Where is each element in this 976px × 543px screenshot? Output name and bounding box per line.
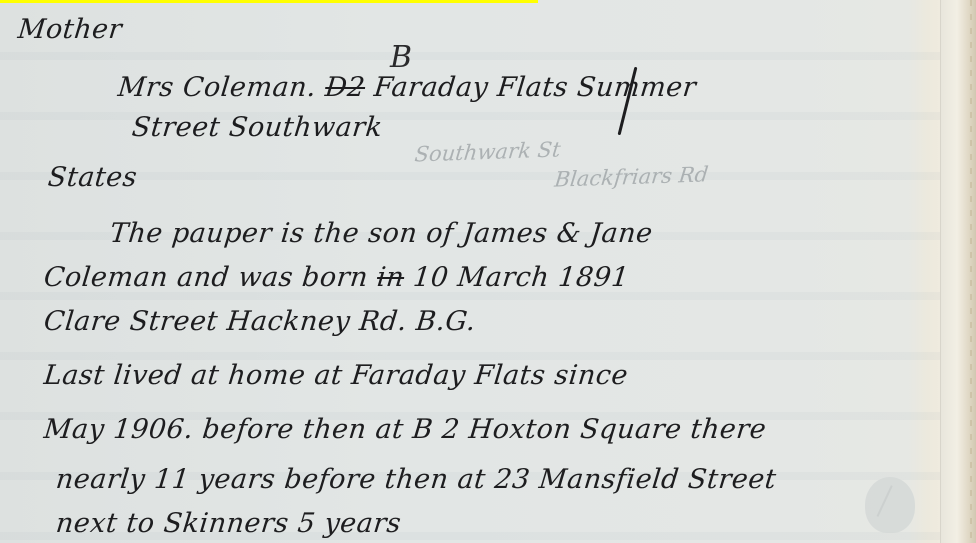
inserted-letter-b: B bbox=[390, 40, 412, 75]
struck-text: D2 bbox=[324, 72, 367, 103]
mother-label: Mother bbox=[16, 14, 123, 45]
address-continuation: Street Southwark bbox=[130, 112, 384, 143]
statement-line-3: Clare Street Hackney Rd. B.G. bbox=[42, 306, 477, 337]
statement-line-1: The pauper is the son of James & Jane bbox=[108, 218, 654, 249]
highlight-strip bbox=[0, 0, 538, 3]
birth-date: 10 March 1891 bbox=[403, 262, 631, 293]
statement-line-7: next to Skinners 5 years bbox=[54, 508, 402, 539]
statement-line-2: Coleman and was born in 10 March 1891 bbox=[42, 262, 630, 293]
statement-line-6: nearly 11 years before then at 23 Mansfi… bbox=[54, 464, 778, 495]
statement-line-5: May 1906. before then at B 2 Hoxton Squa… bbox=[42, 414, 768, 445]
statement-line-4: Last lived at home at Faraday Flats sinc… bbox=[42, 360, 629, 391]
mother-address: Faraday Flats Summer bbox=[363, 72, 697, 103]
statement-2-before: Coleman and was born bbox=[42, 262, 378, 293]
mother-name-line: Mrs Coleman. D2 Faraday Flats Summer bbox=[116, 72, 697, 103]
struck-text: in bbox=[375, 262, 405, 293]
leaf-watermark-icon bbox=[865, 477, 915, 533]
mother-name: Mrs Coleman. bbox=[116, 72, 327, 103]
states-label: States bbox=[46, 162, 138, 193]
page-edge bbox=[940, 0, 976, 543]
